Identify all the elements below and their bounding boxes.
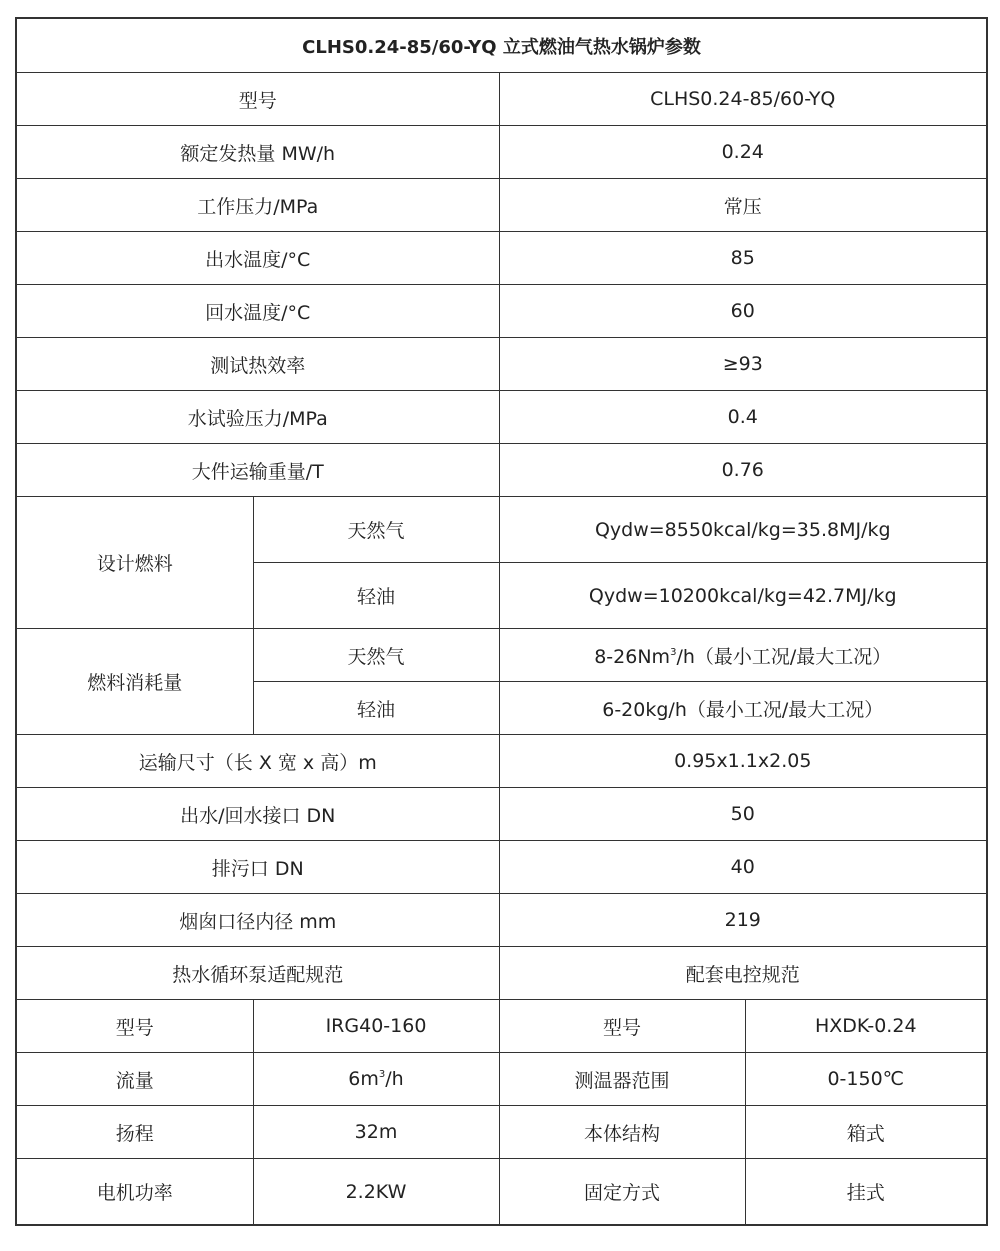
row-value: 85 — [499, 232, 987, 285]
boiler-spec-table: CLHS0.24-85/60-YQ 立式燃油气热水锅炉参数 型号 CLHS0.2… — [15, 17, 988, 1226]
fuel-consumption-row: 燃料消耗量 天然气 8-26Nm3/h（最小工况/最大工况） — [16, 629, 987, 682]
row-value: 0.4 — [499, 391, 987, 444]
row-label: 型号 — [16, 73, 499, 126]
section-header-row: 热水循环泵适配规范 配套电控规范 — [16, 947, 987, 1000]
table-row: 排污口 DN 40 — [16, 841, 987, 894]
table-row: 额定发热量 MW/h 0.24 — [16, 126, 987, 179]
fuel-consumption-label: 燃料消耗量 — [16, 629, 253, 735]
control-value: HXDK-0.24 — [745, 1000, 987, 1053]
pump-value: 32m — [253, 1106, 499, 1159]
control-label: 型号 — [499, 1000, 745, 1053]
row-label: 额定发热量 MW/h — [16, 126, 499, 179]
row-label: 运输尺寸（长 X 宽 x 高）m — [16, 735, 499, 788]
table-row: 出水温度/°C 85 — [16, 232, 987, 285]
pump-value: 2.2KW — [253, 1159, 499, 1226]
row-value: 0.76 — [499, 444, 987, 497]
row-label: 出水温度/°C — [16, 232, 499, 285]
fuel-type: 轻油 — [253, 563, 499, 629]
row-value: 50 — [499, 788, 987, 841]
pump-value: 6m3/h — [253, 1053, 499, 1106]
fuel-value: Qydw=10200kcal/kg=42.7MJ/kg — [499, 563, 987, 629]
pump-control-row: 电机功率 2.2KW 固定方式 挂式 — [16, 1159, 987, 1226]
control-value: 挂式 — [745, 1159, 987, 1226]
table-row: 工作压力/MPa 常压 — [16, 179, 987, 232]
table-row: 水试验压力/MPa 0.4 — [16, 391, 987, 444]
control-section-header: 配套电控规范 — [499, 947, 987, 1000]
pump-control-row: 型号 IRG40-160 型号 HXDK-0.24 — [16, 1000, 987, 1053]
row-value: 219 — [499, 894, 987, 947]
row-label: 回水温度/°C — [16, 285, 499, 338]
row-value: 常压 — [499, 179, 987, 232]
consumption-value: 8-26Nm3/h（最小工况/最大工况） — [499, 629, 987, 682]
row-label: 烟囱口径内径 mm — [16, 894, 499, 947]
fuel-type: 天然气 — [253, 629, 499, 682]
pump-label: 流量 — [16, 1053, 253, 1106]
row-value: 60 — [499, 285, 987, 338]
row-value: 0.95x1.1x2.05 — [499, 735, 987, 788]
table-row: 型号 CLHS0.24-85/60-YQ — [16, 73, 987, 126]
pump-control-row: 流量 6m3/h 测温器范围 0-150℃ — [16, 1053, 987, 1106]
control-label: 固定方式 — [499, 1159, 745, 1226]
pump-control-row: 扬程 32m 本体结构 箱式 — [16, 1106, 987, 1159]
design-fuel-row: 设计燃料 天然气 Qydw=8550kcal/kg=35.8MJ/kg — [16, 497, 987, 563]
row-label: 工作压力/MPa — [16, 179, 499, 232]
row-value: ≥93 — [499, 338, 987, 391]
row-label: 测试热效率 — [16, 338, 499, 391]
control-value: 0-150℃ — [745, 1053, 987, 1106]
control-value: 箱式 — [745, 1106, 987, 1159]
table-row: 回水温度/°C 60 — [16, 285, 987, 338]
row-value: CLHS0.24-85/60-YQ — [499, 73, 987, 126]
row-value: 40 — [499, 841, 987, 894]
table-row: 运输尺寸（长 X 宽 x 高）m 0.95x1.1x2.05 — [16, 735, 987, 788]
table-title-row: CLHS0.24-85/60-YQ 立式燃油气热水锅炉参数 — [16, 18, 987, 73]
table-row: 测试热效率 ≥93 — [16, 338, 987, 391]
row-value: 0.24 — [499, 126, 987, 179]
table-row: 大件运输重量/T 0.76 — [16, 444, 987, 497]
table-row: 烟囱口径内径 mm 219 — [16, 894, 987, 947]
fuel-type: 轻油 — [253, 682, 499, 735]
row-label: 水试验压力/MPa — [16, 391, 499, 444]
pump-label: 扬程 — [16, 1106, 253, 1159]
fuel-type: 天然气 — [253, 497, 499, 563]
pump-section-header: 热水循环泵适配规范 — [16, 947, 499, 1000]
consumption-value: 6-20kg/h（最小工况/最大工况） — [499, 682, 987, 735]
control-label: 测温器范围 — [499, 1053, 745, 1106]
table-title: CLHS0.24-85/60-YQ 立式燃油气热水锅炉参数 — [16, 18, 987, 73]
table-row: 出水/回水接口 DN 50 — [16, 788, 987, 841]
pump-label: 电机功率 — [16, 1159, 253, 1226]
pump-value: IRG40-160 — [253, 1000, 499, 1053]
pump-label: 型号 — [16, 1000, 253, 1053]
fuel-value: Qydw=8550kcal/kg=35.8MJ/kg — [499, 497, 987, 563]
row-label: 大件运输重量/T — [16, 444, 499, 497]
control-label: 本体结构 — [499, 1106, 745, 1159]
row-label: 出水/回水接口 DN — [16, 788, 499, 841]
row-label: 排污口 DN — [16, 841, 499, 894]
design-fuel-label: 设计燃料 — [16, 497, 253, 629]
